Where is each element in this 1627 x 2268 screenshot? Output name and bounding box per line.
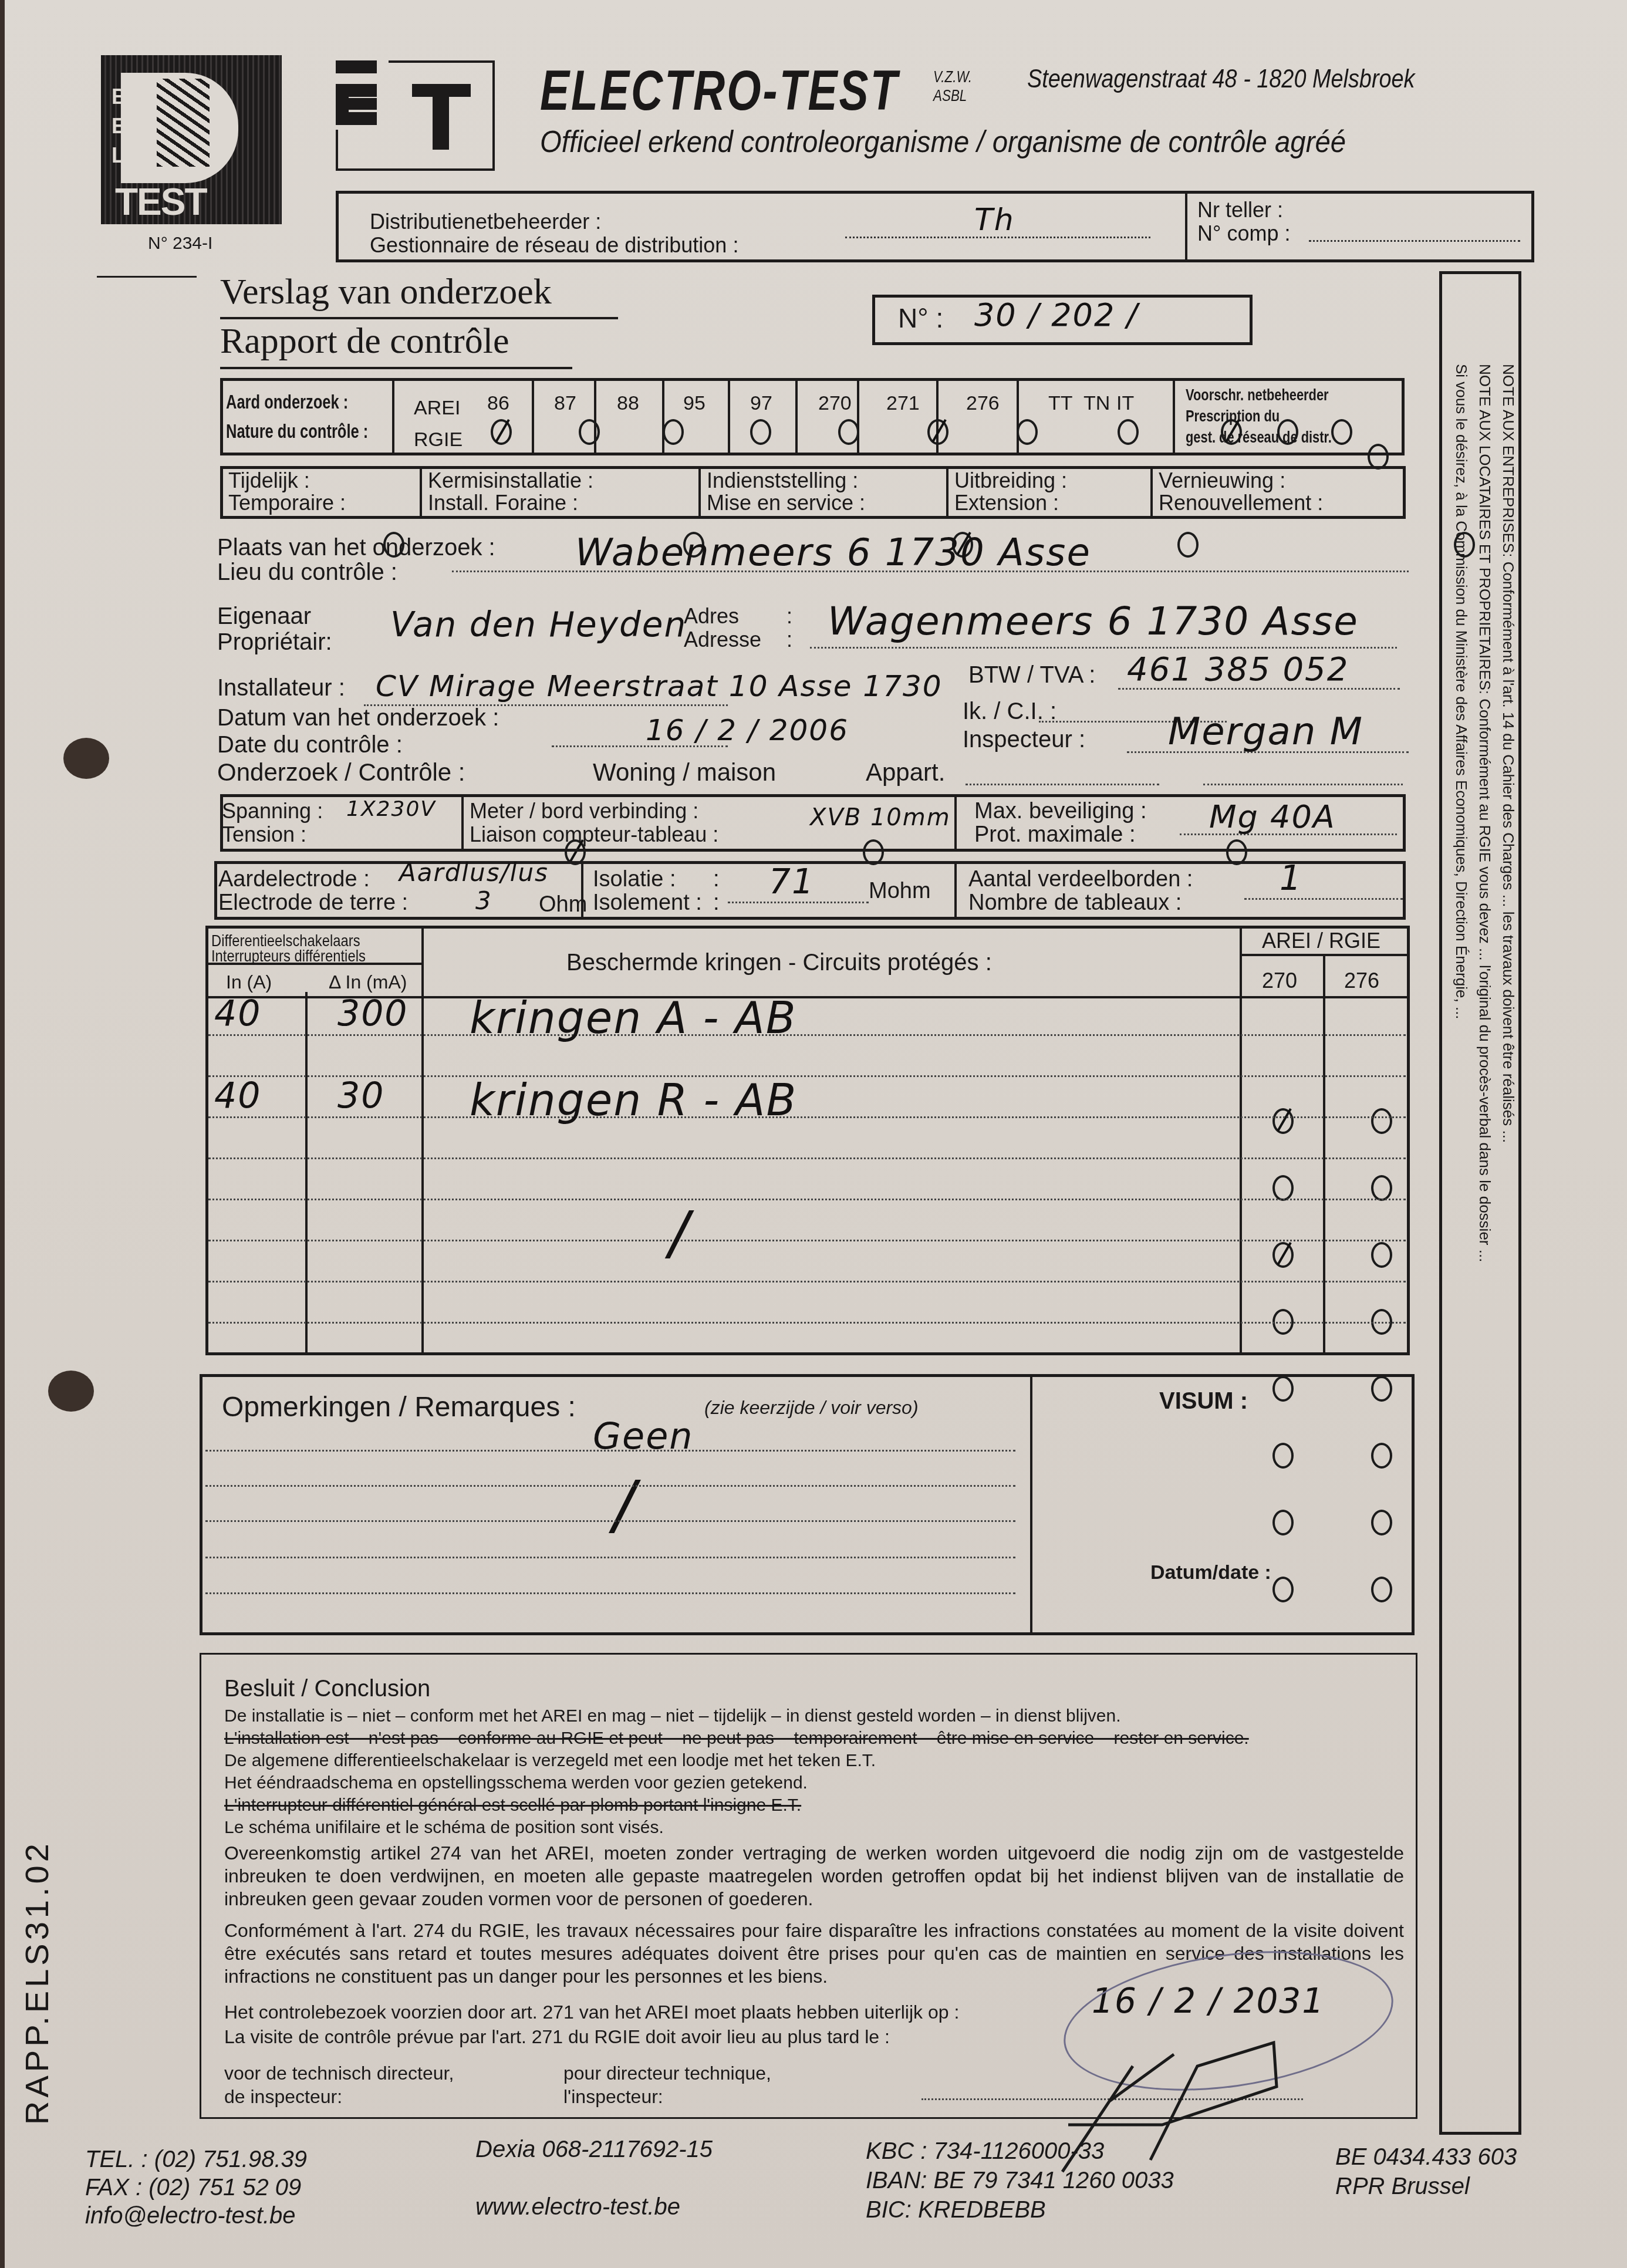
col-delta-header: Δ In (mA) [329, 971, 407, 993]
control-type-label-fr: Mise en service : [707, 492, 865, 514]
sign-label-nl: voor de technisch directeur, de inspecte… [224, 2061, 454, 2108]
divider [946, 468, 948, 517]
location-value[interactable]: Wabenmeers 6 1730 Asse [575, 531, 1091, 575]
row-line [208, 1199, 1406, 1200]
nature-option-label: 95 [683, 392, 706, 415]
control-type-label-fr: Extension : [954, 492, 1067, 514]
next-visit-fr: La visite de contrôle prévue par l'art. … [224, 2026, 890, 2048]
prescription-label-fr2: gest. de réseau de distr. [1186, 427, 1332, 448]
control-type-label: Kermisinstallatie :Install. Foraine : [428, 470, 593, 514]
nature-option-checkbox-95[interactable] [750, 419, 771, 445]
nature-option-checkbox-276[interactable] [1118, 419, 1139, 445]
control-type-label: Indienststelling :Mise en service : [707, 470, 865, 514]
divider [392, 380, 394, 453]
side-notes: NOTE AUX ENTREPRISES: Conformément à l'a… [1450, 364, 1520, 1244]
max-prot-value[interactable]: Mg 40A [1209, 798, 1336, 835]
nature-label: Aard onderzoek : Nature du contrôle : [226, 387, 368, 446]
voltage-label-fr: Tension : [222, 823, 323, 846]
footer-vat: BE 0434.433 603 [1335, 2142, 1517, 2172]
side-note-line: NOTE AUX LOCATAIRES ET PROPRIETAIRES: Co… [1473, 364, 1497, 1244]
footer-iban: IBAN: BE 79 7341 1260 0033 [866, 2166, 1174, 2195]
control-type-label-fr: Renouvellement : [1159, 492, 1323, 514]
date-label-nl: Datum van het onderzoek : [217, 704, 499, 731]
address-label-nl: Adres [684, 605, 761, 628]
footer-dexia: Dexia 068-2117692-15 [475, 2137, 713, 2163]
divider [532, 380, 534, 453]
nature-option-checkbox-270[interactable] [927, 419, 948, 445]
row-line [208, 1034, 1406, 1036]
next-visit-nl: Het controlebezoek voorzien door art. 27… [224, 2002, 959, 2023]
divider [954, 864, 957, 917]
control-other-field[interactable] [1203, 784, 1403, 785]
cell-circuits[interactable]: / [669, 1199, 690, 1267]
code-label-rgie: RGIE [414, 424, 463, 455]
distributor-value: Th [974, 203, 1015, 238]
nature-option-label: 97 [750, 392, 772, 415]
divider [420, 468, 422, 517]
earth-type-value[interactable]: Aardlus/lus [399, 858, 549, 887]
conclusion-line: L'installation est – n'est pas – conform… [224, 1727, 1404, 1750]
btest-number: N° 234-I [148, 234, 212, 254]
voltage-label: Spanning : Tension : [222, 799, 323, 846]
checkbox-276[interactable] [1371, 1108, 1392, 1134]
control-type-label-nl: Vernieuwing : [1159, 470, 1323, 492]
meter-conn-label-nl: Meter / bord verbinding : [470, 799, 718, 823]
max-prot-label: Max. beveiliging : Prot. maximale : [974, 799, 1147, 846]
address-colons: :: [787, 605, 792, 652]
footer-bic: BIC: KREDBEBB [866, 2195, 1174, 2225]
nature-option-label: 276 [966, 392, 1000, 415]
row-line [208, 1322, 1406, 1324]
conclusion-lines: De installatie is – niet – conform met h… [224, 1705, 1404, 1839]
divider [305, 992, 308, 1353]
meter-conn-label-fr: Liaison compteur-tableau : [470, 823, 718, 846]
date-label: Datum van het onderzoek : Date du contrô… [217, 704, 499, 758]
voltage-value[interactable]: 1X230V [346, 797, 436, 821]
meter-label-fr: N° comp : [1197, 222, 1290, 245]
boards-value[interactable]: 1 [1280, 858, 1302, 898]
nature-option-label: 88 [617, 392, 639, 415]
cell-circuits[interactable]: kringen R - AB [470, 1075, 797, 1126]
control-type-label-nl: Kermisinstallatie : [428, 470, 593, 492]
sign-label-nl-1: voor de technisch directeur, [224, 2061, 454, 2085]
checkbox-276[interactable] [1371, 1175, 1392, 1201]
divider [1240, 927, 1242, 1353]
conclusion-line: L'interrupteur différentiel général est … [224, 1794, 1404, 1817]
checkbox-270[interactable] [1272, 1242, 1294, 1268]
cell-delta[interactable]: 300 [337, 993, 409, 1034]
circuits-header: Beschermde kringen - Circuits protégés : [566, 950, 992, 976]
checkbox-276[interactable] [1371, 1242, 1392, 1268]
form-code: RAPP.ELS31.02 [18, 1840, 56, 2125]
divider [728, 380, 730, 453]
max-prot-label-fr: Prot. maximale : [974, 823, 1147, 846]
report-title-nl: Verslag van onderzoek [220, 271, 552, 313]
meter-number-field[interactable] [1309, 238, 1520, 242]
vat-label: BTW / TVA : [968, 662, 1095, 689]
org-tagline: Officieel erkend controleorganisme / org… [540, 124, 1346, 160]
location-label: Plaats van het onderzoek : Lieu du contr… [217, 535, 495, 585]
conclusion-line: Het ééndraadschema en opstellingsschema … [224, 1772, 1404, 1794]
cell-in[interactable]: 40 [214, 1075, 261, 1116]
prescription-label: Voorschr. netbeheerder Prescription du g… [1186, 384, 1332, 448]
regs-header: AREI / RGIE [1262, 929, 1380, 953]
divider [97, 276, 197, 278]
remarks-note: (zie keerzijde / voir verso) [704, 1397, 919, 1419]
nature-option-label: 87 [554, 392, 576, 415]
col-276-header: 276 [1344, 968, 1379, 993]
boards-label-nl: Aantal verdeelborden : [968, 868, 1193, 891]
divider [1030, 1377, 1032, 1632]
remarks-strike: / [613, 1467, 636, 1543]
divider [954, 797, 957, 849]
punch-hole [48, 1371, 94, 1412]
control-type-label: Vernieuwing :Renouvellement : [1159, 470, 1323, 514]
divider [1240, 954, 1410, 956]
conclusion-line: De algemene differentieelschakelaar is v… [224, 1750, 1404, 1772]
conclusion-para-nl: Overeenkomstig artikel 274 van het AREI,… [224, 1842, 1404, 1911]
diff-header-fr: Interrupteurs différentiels [211, 949, 366, 964]
row-line [208, 1240, 1406, 1241]
row-line [208, 1281, 1406, 1283]
insulation-colons: :: [713, 868, 720, 914]
remarks-line [205, 1520, 1015, 1522]
footer-fax: FAX : (02) 751 52 09 [85, 2173, 307, 2202]
remarks-line [205, 1485, 1015, 1487]
control-type-label-nl: Tijdelijk : [228, 470, 346, 492]
code-label-arei: AREI [414, 392, 463, 424]
boards-field-line [1244, 898, 1403, 900]
report-number-value[interactable]: 30 / 202 / [974, 296, 1139, 333]
location-label-fr: Lieu du contrôle : [217, 560, 495, 585]
control-appart-field [966, 784, 1159, 785]
boards-label-fr: Nombre de tableaux : [968, 891, 1193, 914]
control-type-label: Tijdelijk :Temporaire : [228, 470, 346, 514]
conclusion-title: Besluit / Conclusion [224, 1676, 430, 1702]
nature-option-checkbox-87[interactable] [579, 419, 600, 445]
punch-hole [63, 738, 109, 779]
divider [1173, 380, 1175, 453]
btest-logo: BEL BETEST TEST [101, 55, 282, 224]
cell-in[interactable]: 40 [214, 993, 261, 1034]
insulation-label-nl: Isolatie : [593, 868, 702, 891]
cell-delta[interactable]: 30 [337, 1075, 384, 1116]
prescription-label-nl: Voorschr. netbeheerder [1186, 384, 1332, 406]
divider [461, 797, 464, 849]
meter-conn-value[interactable]: XVB 10mm [810, 804, 951, 831]
control-type-label-nl: Uitbreiding : [954, 470, 1067, 492]
visum-label: VISUM : [1159, 1388, 1248, 1415]
sign-label-fr-1: pour directeur technique, [563, 2061, 771, 2085]
earth-label-fr: Electrode de terre : [218, 891, 408, 914]
nature-option-label: 86 [487, 392, 509, 415]
cell-circuits[interactable]: kringen A - AB [470, 993, 796, 1044]
earth-label-nl: Aardelectrode : [218, 868, 408, 891]
owner-value[interactable]: Van den Heyden [390, 605, 687, 644]
distributor-label: Distributienetbeheerder : Gestionnaire d… [370, 210, 738, 257]
remarks-line [205, 1450, 1015, 1452]
control-type-label-fr: Install. Foraine : [428, 492, 593, 514]
nature-option-checkbox-271[interactable] [1017, 419, 1038, 445]
divider [220, 317, 618, 319]
report-number-label: N° : [898, 302, 943, 334]
nature-label-nl: Aard onderzoek : [226, 387, 368, 417]
nature-option-label: 271 [886, 392, 920, 415]
divider [1323, 954, 1325, 1353]
sign-label-fr-2: l'inspecteur: [563, 2085, 771, 2108]
insulation-label: Isolatie : Isolement : [593, 868, 702, 914]
col-in-header: In (A) [226, 971, 272, 993]
footer-kbc: KBC : 734-1126000-33 [866, 2137, 1174, 2166]
divider [662, 380, 664, 453]
control-label: Onderzoek / Contrôle : [217, 758, 465, 787]
divider [421, 927, 424, 1353]
address-label-fr: Adresse [684, 628, 761, 652]
prescription-label-fr1: Prescription du [1186, 406, 1332, 427]
report-title-fr: Rapport de contrôle [220, 320, 509, 362]
control-type-label-fr: Temporaire : [228, 492, 346, 514]
earth-label: Aardelectrode : Electrode de terre : [218, 868, 408, 914]
control-type-checkbox[interactable] [1177, 532, 1199, 558]
row-line [208, 1116, 1406, 1118]
sign-label-fr: pour directeur technique, l'inspecteur: [563, 2061, 771, 2108]
visum-date-label: Datum/date : [1150, 1561, 1271, 1584]
divider [795, 380, 798, 453]
control-house-label: Woning / maison [593, 758, 776, 787]
earthing-checkbox-IT[interactable] [1331, 419, 1352, 445]
distributor-label-fr: Gestionnaire de réseau de distribution : [370, 234, 738, 257]
divider [1185, 194, 1187, 259]
meter-conn-label: Meter / bord verbinding : Liaison compte… [470, 799, 718, 846]
divider [1017, 380, 1019, 453]
owner-label-fr: Propriétair: [217, 629, 332, 655]
control-type-label-nl: Indienststelling : [707, 470, 865, 492]
date-value[interactable]: 16 / 2 / 2006 [646, 713, 849, 747]
nature-label-fr: Nature du contrôle : [226, 417, 368, 446]
nature-option-label: 270 [818, 392, 852, 415]
row-line [208, 1157, 1406, 1159]
earthing-label: TT [1048, 392, 1073, 415]
col-270-header: 270 [1262, 968, 1297, 993]
nature-option-checkbox-97[interactable] [838, 419, 859, 445]
insulation-label-fr: Isolement : [593, 891, 702, 914]
conclusion-line: Le schéma unifilaire et le schéma de pos… [224, 1817, 1404, 1839]
remarks-line [205, 1557, 1015, 1558]
meter-label-nl: Nr teller : [1197, 198, 1290, 222]
insulation-value[interactable]: 71 [769, 862, 815, 902]
voltage-label-nl: Spanning : [222, 799, 323, 823]
footer-rpr: RPR Brussel [1335, 2172, 1517, 2201]
footer-contact: TEL. : (02) 751.98.39 FAX : (02) 751 52 … [85, 2145, 307, 2230]
checkbox-270[interactable] [1272, 1175, 1294, 1201]
conclusion-line: De installatie is – niet – conform met h… [224, 1705, 1404, 1727]
installer-label: Installateur : [217, 675, 345, 701]
address-value[interactable]: Wagenmeers 6 1730 Asse [828, 599, 1359, 644]
row-line [208, 1075, 1406, 1077]
checkbox-270[interactable] [1272, 1108, 1294, 1134]
sign-label-nl-2: de inspecteur: [224, 2085, 454, 2108]
side-note-line: Si vous le désirez, à la Commission du M… [1450, 364, 1473, 1244]
max-prot-label-nl: Max. beveiliging : [974, 799, 1147, 823]
boards-label: Aantal verdeelborden : Nombre de tableau… [968, 868, 1193, 914]
inspector-label: Inspecteur : [963, 727, 1085, 753]
footer-web[interactable]: www.electro-test.be [475, 2194, 680, 2220]
remarks-line [205, 1592, 1015, 1594]
diff-header: Differentieelschakelaars Interrupteurs d… [211, 933, 366, 964]
control-type-label: Uitbreiding :Extension : [954, 470, 1067, 514]
control-appart-label: Appart. [866, 758, 945, 787]
nature-option-checkbox-88[interactable] [663, 419, 684, 445]
org-form-nl: V.Z.W. [933, 67, 972, 86]
earthing-label: TN [1083, 392, 1110, 415]
owner-label: Eigenaar Propriétair: [217, 603, 332, 655]
earthing-label: IT [1116, 392, 1134, 415]
divider [1150, 468, 1153, 517]
meter-label: Nr teller : N° comp : [1197, 198, 1290, 245]
address-field-line [810, 647, 1397, 649]
distributor-label-nl: Distributienetbeheerder : [370, 210, 738, 234]
divider [857, 380, 859, 453]
footer-tel: TEL. : (02) 751.98.39 [85, 2145, 307, 2173]
footer-email[interactable]: info@electro-test.be [85, 2202, 307, 2230]
address-label: Adres Adresse [684, 605, 761, 652]
earth-ohm-unit: Ohm [539, 892, 587, 917]
org-name: ELECTRO-TEST [540, 59, 899, 123]
org-address: Steenwagenstraat 48 - 1820 Melsbroek [1027, 65, 1415, 94]
org-legal-form: V.Z.W. ASBL [933, 67, 972, 105]
owner-label-nl: Eigenaar [217, 603, 332, 629]
org-form-fr: ASBL [933, 86, 972, 105]
et-logo [336, 60, 495, 171]
page-edge-shadow [0, 0, 5, 2268]
footer-bank: KBC : 734-1126000-33 IBAN: BE 79 7341 12… [866, 2137, 1174, 2225]
inspector-value[interactable]: Mergan M [1168, 710, 1363, 754]
location-label-nl: Plaats van het onderzoek : [217, 535, 495, 560]
insulation-field-line [728, 902, 869, 903]
side-note-line: NOTE AUX ENTREPRISES: Conformément à l'a… [1497, 364, 1520, 1244]
divider [220, 367, 572, 369]
remarks-label: Opmerkingen / Remarques : [222, 1391, 576, 1423]
nature-option-checkbox-86[interactable] [491, 419, 512, 445]
divider [698, 468, 701, 517]
date-label-fr: Date du contrôle : [217, 731, 499, 758]
earth-ohm-value[interactable]: 3 [475, 886, 492, 915]
insulation-unit: Mohm [869, 879, 931, 904]
footer-legal: BE 0434.433 603 RPR Brussel [1335, 2142, 1517, 2201]
installer-value[interactable]: CV Mirage Meerstraat 10 Asse 1730 [376, 669, 943, 703]
code-labels: AREI RGIE [414, 392, 463, 455]
vat-value[interactable]: 461 385 052 [1127, 650, 1349, 689]
